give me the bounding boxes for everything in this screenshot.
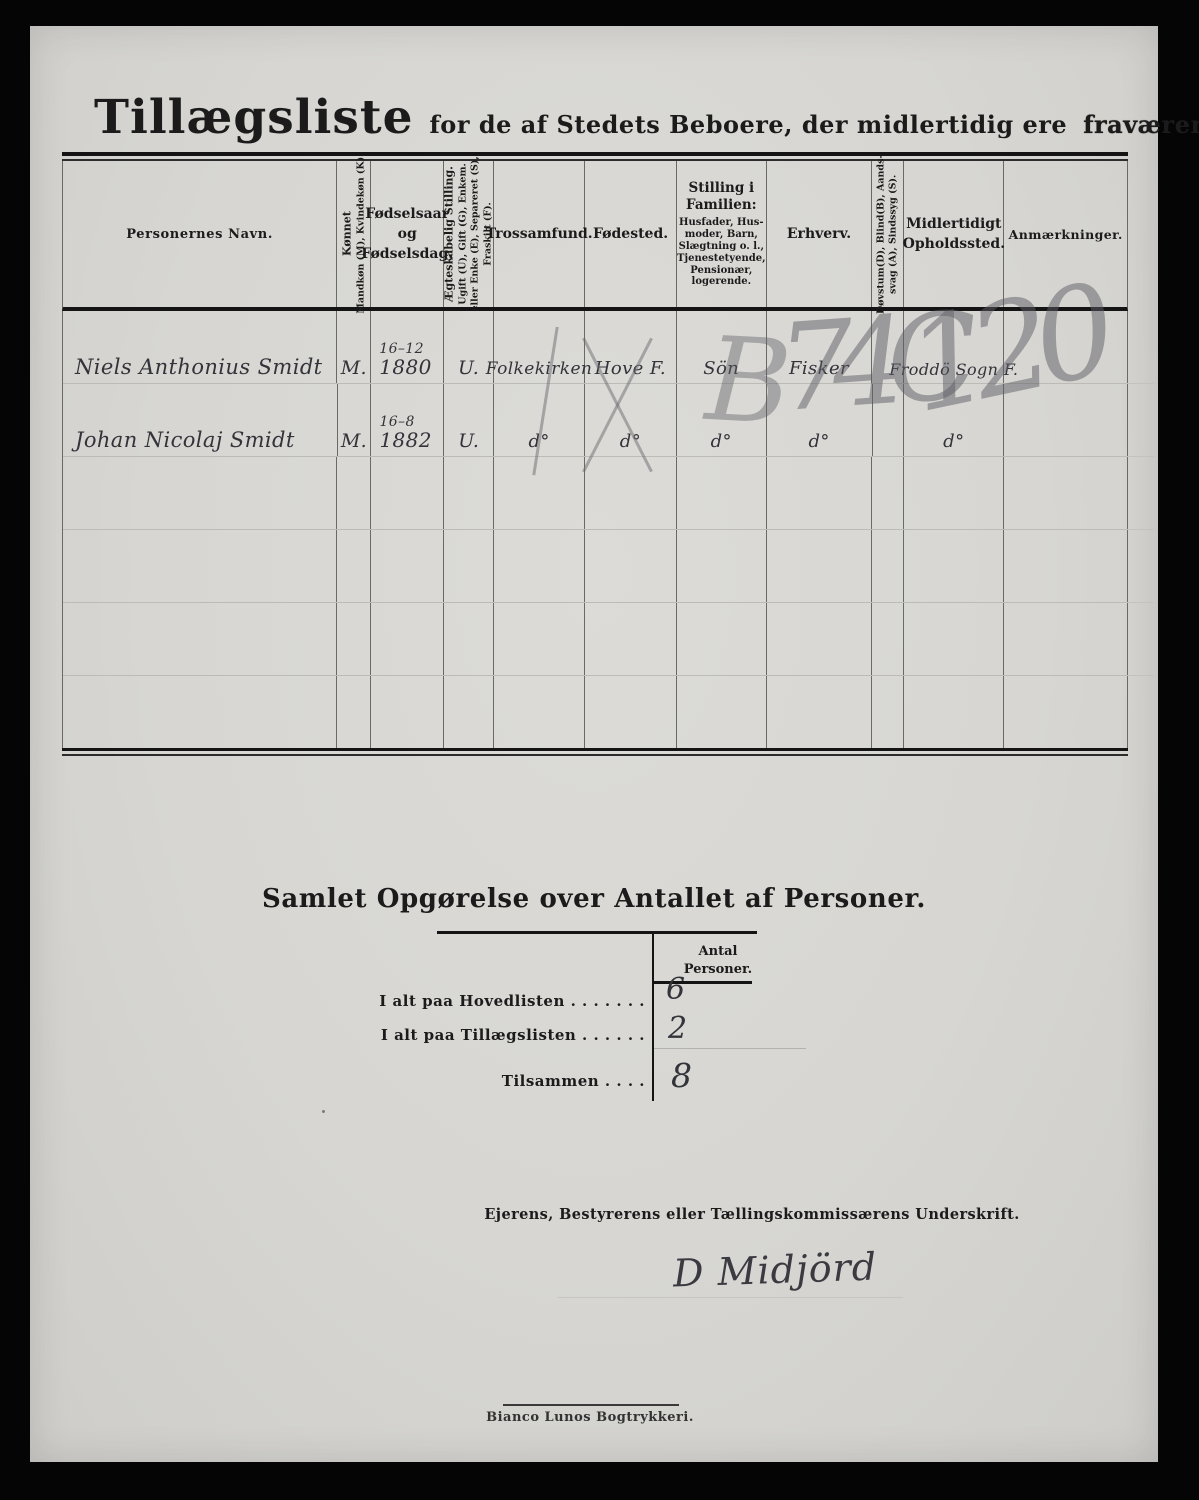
cell-sex: M. [338, 384, 372, 456]
page-title: Tillægsliste for de af Stedets Beboere, … [94, 90, 1134, 145]
empty-cell [444, 676, 494, 748]
cell-remarks [1004, 384, 1127, 456]
header-remarks: Anmærkninger. [1004, 161, 1127, 307]
empty-cell [337, 457, 371, 529]
cell-occupation: Fisker [767, 311, 873, 383]
table-row-empty [63, 457, 1127, 530]
empty-cell [63, 603, 337, 675]
empty-cell [444, 530, 494, 602]
cell-birthplace: d° [585, 384, 677, 456]
empty-cell [585, 676, 677, 748]
header-disability: Døvstum(D), Blind(B), Aands- svag (A), S… [872, 161, 904, 307]
cell-remarks [1004, 311, 1127, 383]
empty-cell [494, 457, 585, 529]
empty-cell [371, 676, 444, 748]
empty-cell [1004, 457, 1127, 529]
header-birth: Fødselsaar og Fødselsdag. [371, 161, 444, 307]
empty-cell [371, 530, 444, 602]
empty-cell [494, 530, 585, 602]
cell-family: d° [677, 384, 767, 456]
header-name: Personernes Navn. [63, 161, 337, 307]
page-title-main: Tillægsliste [94, 90, 413, 145]
empty-cell [1004, 603, 1127, 675]
cell-disability [873, 384, 905, 456]
header-birthplace: Fødested. [585, 161, 677, 307]
header-marital: Ægteskabelig Stilling. Ugift (U), Gift (… [444, 161, 494, 307]
page-title-subtitle: for de af Stedets Beboere, der midlertid… [429, 110, 1067, 139]
empty-cell [337, 530, 371, 602]
signature-handwritten: D Midjörd [604, 1242, 945, 1298]
table-row-empty [63, 530, 1127, 603]
empty-cell [767, 603, 873, 675]
cell-faith: Folkekirken [494, 311, 585, 383]
cell-birthplace: Hove F. [585, 311, 677, 383]
empty-cell [904, 530, 1004, 602]
summary-sum-line [654, 1048, 806, 1049]
empty-cell [444, 603, 494, 675]
paper-speck [322, 1110, 325, 1113]
empty-cell [767, 457, 873, 529]
cell-occupation: d° [767, 384, 873, 456]
empty-cell [444, 457, 494, 529]
empty-cell [63, 676, 337, 748]
table-header-row: Personernes Navn. Kønnet Mandkøn (M), Kv… [62, 161, 1128, 311]
header-residence: Midlertidigt Opholdssted. [904, 161, 1004, 307]
summary-label-tillaegslisten: I alt paa Tillægslisten . . . . . . [330, 1026, 645, 1044]
empty-cell [904, 457, 1004, 529]
header-sex: Kønnet Mandkøn (M), Kvindekøn (K). [337, 161, 371, 307]
empty-cell [767, 530, 873, 602]
census-table: Personernes Navn. Kønnet Mandkøn (M), Kv… [62, 152, 1128, 756]
empty-cell [63, 457, 337, 529]
empty-cell [872, 530, 904, 602]
cell-name: Niels Anthonius Smidt [63, 311, 337, 383]
table-bottom-rule-inner [62, 754, 1128, 756]
cell-sex: M. [337, 311, 371, 383]
summary-value-hovedlisten: 6 [666, 972, 685, 1007]
empty-cell [1004, 530, 1127, 602]
signature-label: Ejerens, Bestyrerens eller Tællingskommi… [382, 1206, 1122, 1223]
empty-cell [63, 530, 337, 602]
paper-sheet: Tillægsliste for de af Stedets Beboere, … [30, 26, 1158, 1462]
table-row-empty [63, 603, 1127, 676]
summary-value-tilsammen: 8 [671, 1056, 692, 1095]
empty-cell [494, 603, 585, 675]
table-row: Niels Anthonius Smidt M. 16–12 1880 U. F… [63, 311, 1127, 384]
header-family-position: Stilling i Familien: Husfader, Hus- mode… [677, 161, 767, 307]
page-title-emphasis: fraværende. [1083, 110, 1199, 139]
scanned-census-page: Tillægsliste for de af Stedets Beboere, … [0, 0, 1199, 1500]
empty-cell [677, 457, 767, 529]
empty-cell [371, 603, 444, 675]
empty-cell [677, 530, 767, 602]
summary-top-rule [437, 931, 757, 934]
table-body: Niels Anthonius Smidt M. 16–12 1880 U. F… [62, 311, 1128, 748]
cell-marital: U. [444, 384, 494, 456]
empty-cell [585, 457, 677, 529]
summary-title: Samlet Opgørelse over Antallet af Person… [94, 884, 1094, 914]
empty-cell [767, 676, 873, 748]
printer-credit-rule [503, 1404, 679, 1406]
empty-cell [872, 457, 904, 529]
summary-label-tilsammen: Tilsammen . . . . [330, 1072, 645, 1090]
empty-cell [585, 603, 677, 675]
printer-credit: Bianco Lunos Bogtrykkeri. [440, 1410, 740, 1425]
cell-birth: 16–8 1882 [371, 384, 444, 456]
summary-value-tillaegslisten: 2 [668, 1011, 687, 1046]
empty-cell [677, 603, 767, 675]
empty-cell [677, 676, 767, 748]
empty-cell [872, 676, 904, 748]
summary-label-hovedlisten: I alt paa Hovedlisten . . . . . . . [330, 992, 645, 1010]
empty-cell [337, 676, 371, 748]
cell-faith: d° [494, 384, 585, 456]
empty-cell [872, 603, 904, 675]
empty-cell [585, 530, 677, 602]
cell-residence: d° [904, 384, 1004, 456]
cell-name: Johan Nicolaj Smidt [63, 384, 338, 456]
cell-family: Sön [677, 311, 767, 383]
table-row-empty [63, 676, 1127, 748]
table-row: Johan Nicolaj Smidt M. 16–8 1882 U. d° d… [63, 384, 1127, 457]
header-occupation: Erhverv. [767, 161, 873, 307]
header-faith: Trossamfund. [494, 161, 585, 307]
empty-cell [337, 603, 371, 675]
empty-cell [371, 457, 444, 529]
empty-cell [494, 676, 585, 748]
empty-cell [1004, 676, 1127, 748]
cell-birth: 16–12 1880 [371, 311, 444, 383]
empty-cell [904, 603, 1004, 675]
empty-cell [904, 676, 1004, 748]
cell-residence: Froddö Sogn F. [904, 311, 1004, 383]
